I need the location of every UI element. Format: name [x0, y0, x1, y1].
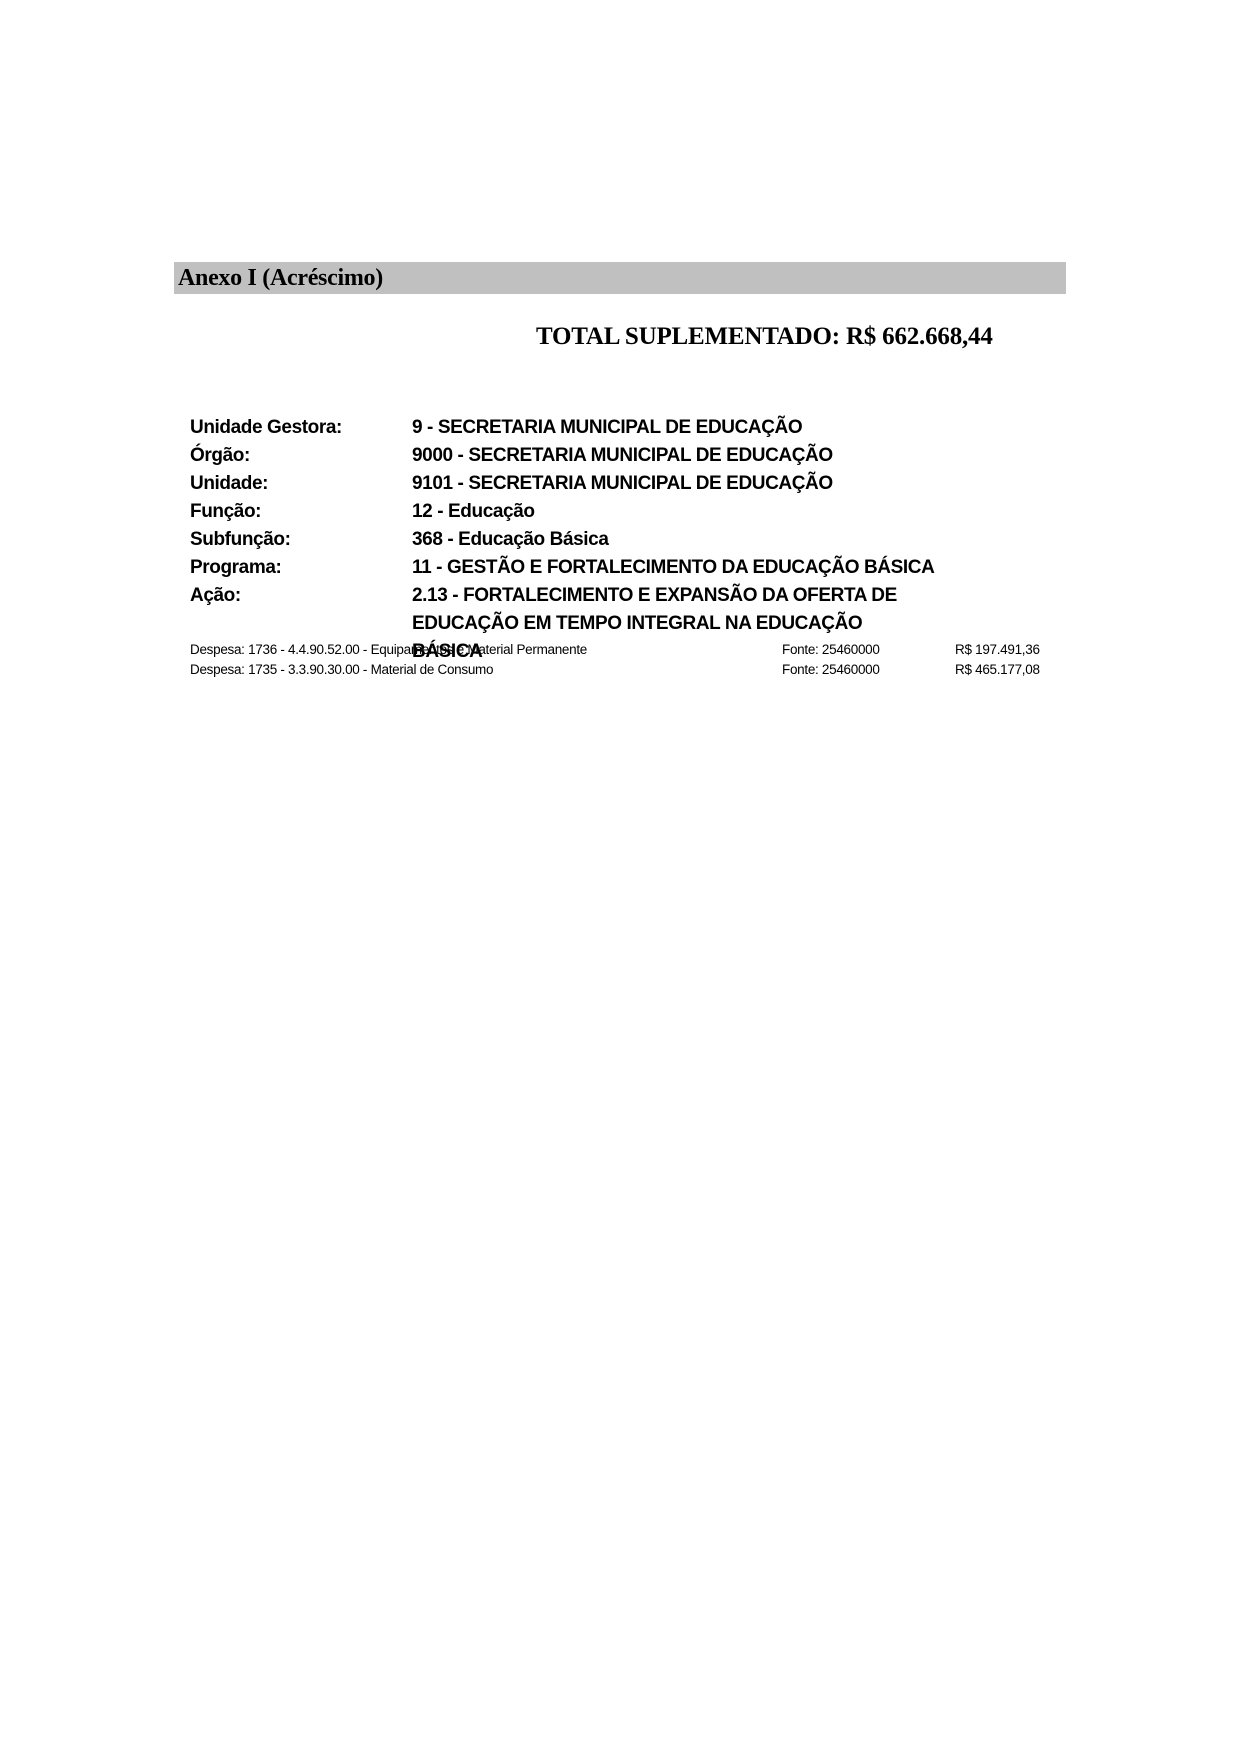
- info-value: 368 - Educação Básica: [412, 526, 1070, 554]
- info-row-subfuncao: Subfunção: 368 - Educação Básica: [190, 526, 1070, 554]
- info-label: Unidade:: [190, 470, 412, 498]
- info-value: 12 - Educação: [412, 498, 1070, 526]
- info-row-programa: Programa: 11 - GESTÃO E FORTALECIMENTO D…: [190, 554, 1070, 582]
- expense-row: Despesa: 1735 - 3.3.90.30.00 - Material …: [190, 660, 1070, 680]
- info-value: 9101 - SECRETARIA MUNICIPAL DE EDUCAÇÃO: [412, 470, 1070, 498]
- info-value: 9 - SECRETARIA MUNICIPAL DE EDUCAÇÃO: [412, 414, 1070, 442]
- info-row-unidade-gestora: Unidade Gestora: 9 - SECRETARIA MUNICIPA…: [190, 414, 1070, 442]
- info-label: Órgão:: [190, 442, 412, 470]
- expense-fonte: Fonte: 25460000: [782, 660, 880, 680]
- info-label: Subfunção:: [190, 526, 412, 554]
- info-label: Unidade Gestora:: [190, 414, 412, 442]
- expense-description: Despesa: 1736 - 4.4.90.52.00 - Equipamen…: [190, 640, 587, 660]
- info-row-funcao: Função: 12 - Educação: [190, 498, 1070, 526]
- expense-fonte: Fonte: 25460000: [782, 640, 880, 660]
- annex-header-bar: Anexo I (Acréscimo): [174, 262, 1066, 294]
- expense-description: Despesa: 1735 - 3.3.90.30.00 - Material …: [190, 660, 493, 680]
- annex-title: Anexo I (Acréscimo): [178, 263, 383, 293]
- info-value: 11 - GESTÃO E FORTALECIMENTO DA EDUCAÇÃO…: [412, 554, 1070, 582]
- info-label: Função:: [190, 498, 412, 526]
- expense-amount: R$ 465.177,08: [955, 660, 1040, 680]
- total-supplemented: TOTAL SUPLEMENTADO: R$ 662.668,44: [536, 321, 993, 353]
- info-row-orgao: Órgão: 9000 - SECRETARIA MUNICIPAL DE ED…: [190, 442, 1070, 470]
- info-label: Programa:: [190, 554, 412, 582]
- expense-row: Despesa: 1736 - 4.4.90.52.00 - Equipamen…: [190, 640, 1070, 660]
- expense-amount: R$ 197.491,36: [955, 640, 1040, 660]
- info-value: 9000 - SECRETARIA MUNICIPAL DE EDUCAÇÃO: [412, 442, 1070, 470]
- info-row-unidade: Unidade: 9101 - SECRETARIA MUNICIPAL DE …: [190, 470, 1070, 498]
- expense-list: Despesa: 1736 - 4.4.90.52.00 - Equipamen…: [190, 640, 1070, 680]
- budget-info-table: Unidade Gestora: 9 - SECRETARIA MUNICIPA…: [190, 414, 1070, 666]
